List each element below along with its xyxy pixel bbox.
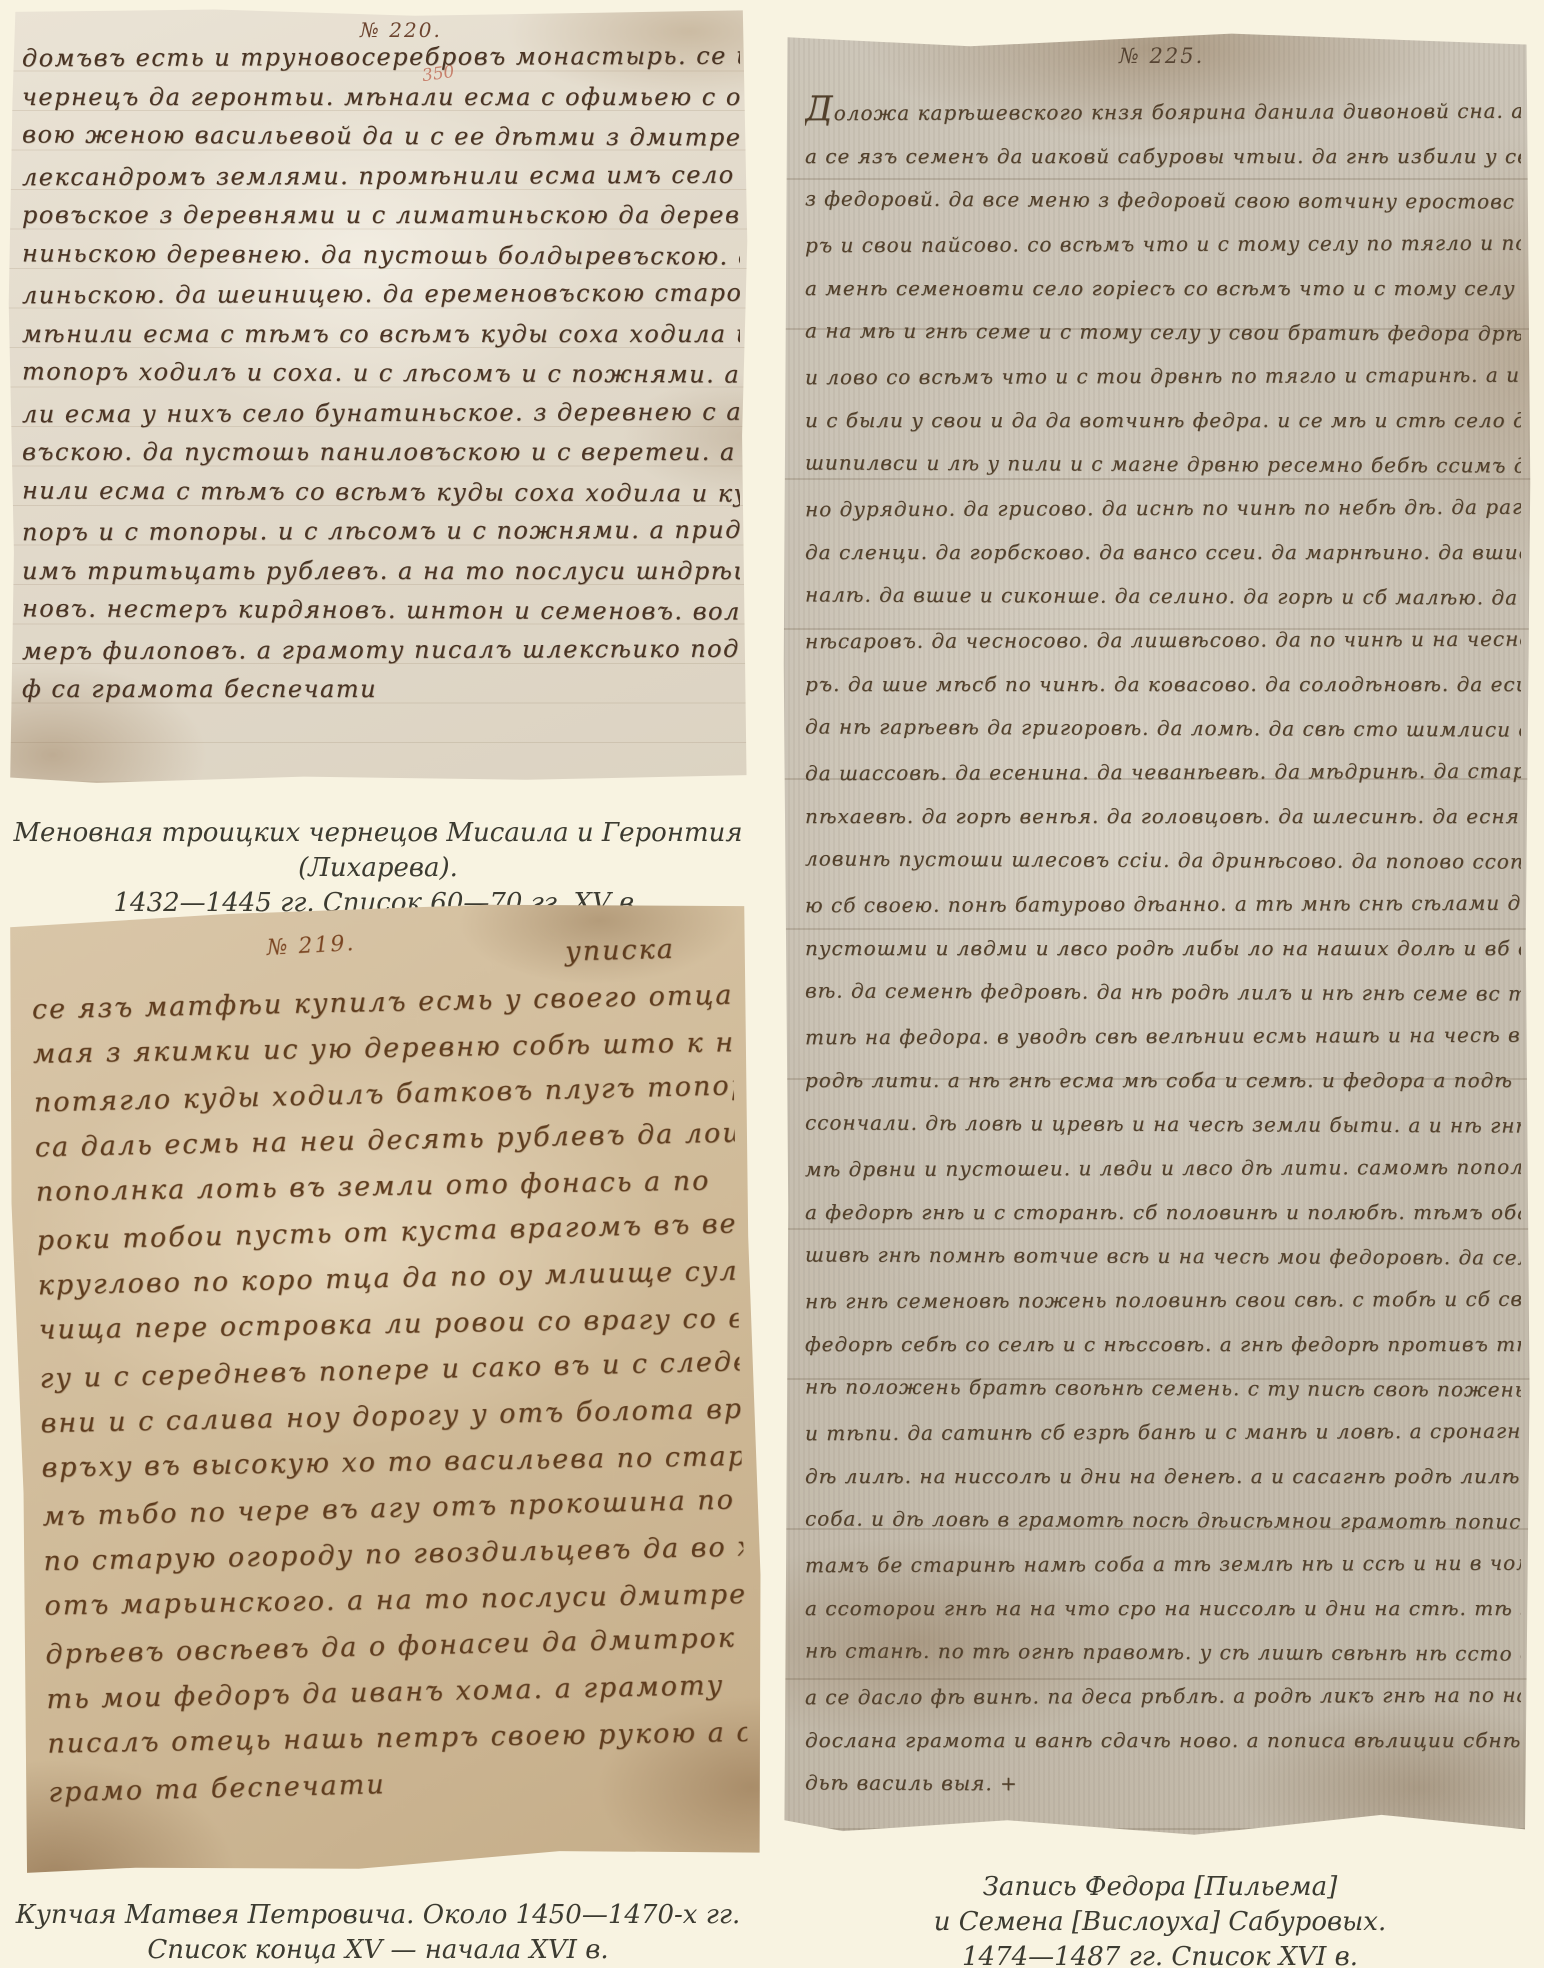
manuscript-line: да сленци. да горбсково. да вансо ссеи. … bbox=[805, 530, 1521, 574]
manuscript-line: дѣ лилѣ. на ниссолѣ и дни на денеѣ. а и … bbox=[805, 1454, 1521, 1498]
manuscript-line: новъ. нестеръ кирдяновъ. шнтон и семенов… bbox=[22, 589, 740, 632]
manuscript-line: чернецъ да геронтьи. мѣнали есма с офимь… bbox=[22, 78, 740, 118]
manuscript-line: мѣнили есма с тѣмъ со всѣмъ куды соха хо… bbox=[22, 315, 740, 355]
manuscript-line: нѣсаровъ. да чесносово. да лишвѣсово. да… bbox=[805, 617, 1521, 663]
manuscript-line: ли есма у нихъ село бунатиньское. з дере… bbox=[22, 392, 740, 434]
manuscript-line: а се дасло фѣ винѣ. па деса рѣблѣ. а род… bbox=[805, 1673, 1521, 1719]
manuscript-line: меръ филоповъ. а грамоту писалъ шлексѣик… bbox=[22, 629, 740, 671]
manuscript-line: нѣ положень братѣ своѣнѣ семень. с ту пи… bbox=[805, 1364, 1521, 1411]
manuscript-line: ниньскою деревнею. да пустошь болдыревъс… bbox=[22, 234, 740, 277]
manuscript-line: домъвъ есть и труновосеребровъ монастырь… bbox=[22, 37, 740, 79]
manuscript-line: да шассовѣ. да есенина. да чеванѣевѣ. да… bbox=[805, 749, 1521, 795]
manuscript-line: ю сб своею. понѣ батурово дѣанно. а тѣ м… bbox=[805, 881, 1521, 927]
manuscript-line: ф са грамота беспечати bbox=[22, 670, 740, 710]
manuscript-line: з федоровй. да все меню з федоровй свою … bbox=[805, 176, 1521, 223]
book-page: № 220. 350 домъвъ есть и труновосеребров… bbox=[0, 0, 1544, 1968]
manuscript-line: тамъ бе старинѣ намѣ соба а тѣ землѣ нѣ … bbox=[805, 1541, 1521, 1587]
manuscript-line: нили есма с тѣмъ со всѣмъ куды соха ходи… bbox=[22, 471, 740, 514]
manuscript-line: а на мѣ и гнѣ семе и с тому селу у свои … bbox=[805, 308, 1521, 355]
caption-line: и Семена [Вислоуха] Сабуровых. bbox=[790, 1905, 1530, 1940]
manuscript-line: федорѣ себѣ со селѣ и с нѣссовѣ. а гнѣ ф… bbox=[805, 1322, 1521, 1366]
manuscript-line: ровъское з деревнями и с лиматиньскою да… bbox=[22, 196, 740, 236]
manuscript-line: шипилвси и лѣ у пили и с магне дрвню рес… bbox=[805, 440, 1521, 487]
manuscript-line: ссончали. дѣ ловѣ и цревѣ и на чесѣ земл… bbox=[805, 1100, 1521, 1147]
manuscript-line: но дурядино. да грисово. да иснѣ по чинѣ… bbox=[805, 485, 1521, 531]
manuscript-line: въскою. да пустошь паниловъскою и с вере… bbox=[22, 433, 740, 473]
manuscript-line: а менѣ семеновти село горіесъ со всѣмъ ч… bbox=[805, 266, 1521, 310]
manuscript-line: нѣ гнѣ семеновѣ пожень половинѣ свои свѣ… bbox=[805, 1277, 1521, 1323]
manuscript-line: вою женою васильевой да и с ее дѣтми з д… bbox=[22, 115, 740, 158]
manuscript-line: нѣ станѣ. по тѣ огнѣ правомѣ. у сѣ лишѣ … bbox=[805, 1628, 1521, 1675]
manuscript-line: дослана грамота и ванѣ сдачѣ ново. а поп… bbox=[805, 1718, 1521, 1762]
manuscript-line: поръ и с топоры. и с лѣсомъ и с пожнями.… bbox=[22, 511, 740, 553]
manuscript-225-paper: № 225. Доложа карѣшевского кнзя боярина … bbox=[783, 30, 1531, 1842]
manuscript-line: а федорѣ гнѣ и с сторанѣ. сб половинѣ и … bbox=[805, 1190, 1521, 1234]
manuscript-line: налѣ. да вшие и сиконше. да селино. да г… bbox=[805, 572, 1521, 619]
manuscript-line: а ссоторои гнѣ на на что сро на ниссолѣ … bbox=[805, 1586, 1521, 1630]
manuscript-219-paper: № 219. упискасе язъ матфѣи купилъ есмь у… bbox=[4, 898, 768, 1879]
manuscript-line: топоръ ходилъ и соха. и с лѣсомъ и с пож… bbox=[22, 352, 740, 395]
manuscript-line: Доложа карѣшевского кнзя боярина данила … bbox=[805, 85, 1521, 135]
manuscript-line: линьскою. да шеиницею. да еременовъскою … bbox=[22, 274, 740, 316]
manuscript-220-paper: № 220. 350 домъвъ есть и труновосеребров… bbox=[8, 8, 748, 786]
manuscript-line: пустошми и лвдми и лвсо родѣ либы ло на … bbox=[805, 926, 1521, 970]
manuscript-line: соба. и дѣ ловѣ в грамотѣ посѣ дѣисѣмнои… bbox=[805, 1496, 1521, 1543]
caption-line: 1474—1487 гг. Список XVI в. bbox=[790, 1940, 1530, 1968]
manuscript-line: ръ и свои пайсово. со всѣмъ что и с тому… bbox=[805, 221, 1521, 267]
caption-line: Купчая Матвея Петровича. Около 1450—1470… bbox=[8, 1898, 748, 1933]
manuscript-line: и с были у свои и да да вотчинѣ федра. и… bbox=[805, 398, 1521, 442]
caption-line: Запись Федора [Пильема] bbox=[790, 1870, 1530, 1905]
manuscript-line: а се язъ семенъ да иаковй сабуровы чтыи.… bbox=[805, 134, 1521, 178]
manuscript-line: лександромъ землями. промѣнили есма имъ … bbox=[22, 155, 740, 197]
caption-line: Меновная троицких чернецов Мисаила и Гер… bbox=[8, 816, 748, 886]
manuscript-line: шивѣ гнѣ помнѣ вотчие всѣ и на чесѣ мои … bbox=[805, 1232, 1521, 1279]
manuscript-line: дьѣ василь выя. + bbox=[805, 1760, 1521, 1807]
caption-line: Список конца XV — начала XVI в. bbox=[8, 1933, 748, 1968]
manuscript-line: тиѣ на федора. в уводѣ свѣ велѣнии есмь … bbox=[805, 1013, 1521, 1059]
caption-manuscript-219: Купчая Матвея Петровича. Около 1450—1470… bbox=[8, 1898, 748, 1968]
manuscript-line: пѣхаевѣ. да горѣ венѣя. да головцовѣ. да… bbox=[805, 794, 1521, 838]
manuscript-line: родѣ лити. а нѣ гнѣ есма мѣ соба и семѣ.… bbox=[805, 1058, 1521, 1102]
manuscript-line: да нѣ гарѣевѣ да григоровѣ. да ломѣ. да … bbox=[805, 704, 1521, 751]
manuscript-line: ръ. да шие мѣсб по чинѣ. да ковасово. да… bbox=[805, 662, 1521, 706]
caption-manuscript-225: Запись Федора [Пильема]и Семена [Вислоух… bbox=[790, 1870, 1530, 1968]
manuscript-line: мѣ дрвни и пустошеи. и лвди и лвсо дѣ ли… bbox=[805, 1145, 1521, 1191]
manuscript-220-text: домъвъ есть и труновосеребровъ монастырь… bbox=[8, 8, 748, 786]
manuscript-219-text: упискасе язъ матфѣи купилъ есмь у своего… bbox=[4, 898, 768, 1879]
manuscript-line: имъ тритьцать рублевъ. а на то послуси ш… bbox=[22, 552, 740, 592]
manuscript-line: и тѣпи. да сатинѣ сб езрѣ банѣ и с манѣ … bbox=[805, 1409, 1521, 1455]
caption-manuscript-220: Меновная троицких чернецов Мисаила и Гер… bbox=[8, 816, 748, 921]
manuscript-line: и лово со всѣмъ что и с тои дрвнѣ по тяг… bbox=[805, 353, 1521, 399]
manuscript-line: вѣ. да семенѣ федровѣ. да нѣ родѣ лилъ и… bbox=[805, 968, 1521, 1015]
manuscript-line: ловинѣ пустоши шлесовъ ссіи. да дринѣсов… bbox=[805, 836, 1521, 883]
manuscript-225-text: Доложа карѣшевского кнзя боярина данила … bbox=[783, 30, 1531, 1842]
